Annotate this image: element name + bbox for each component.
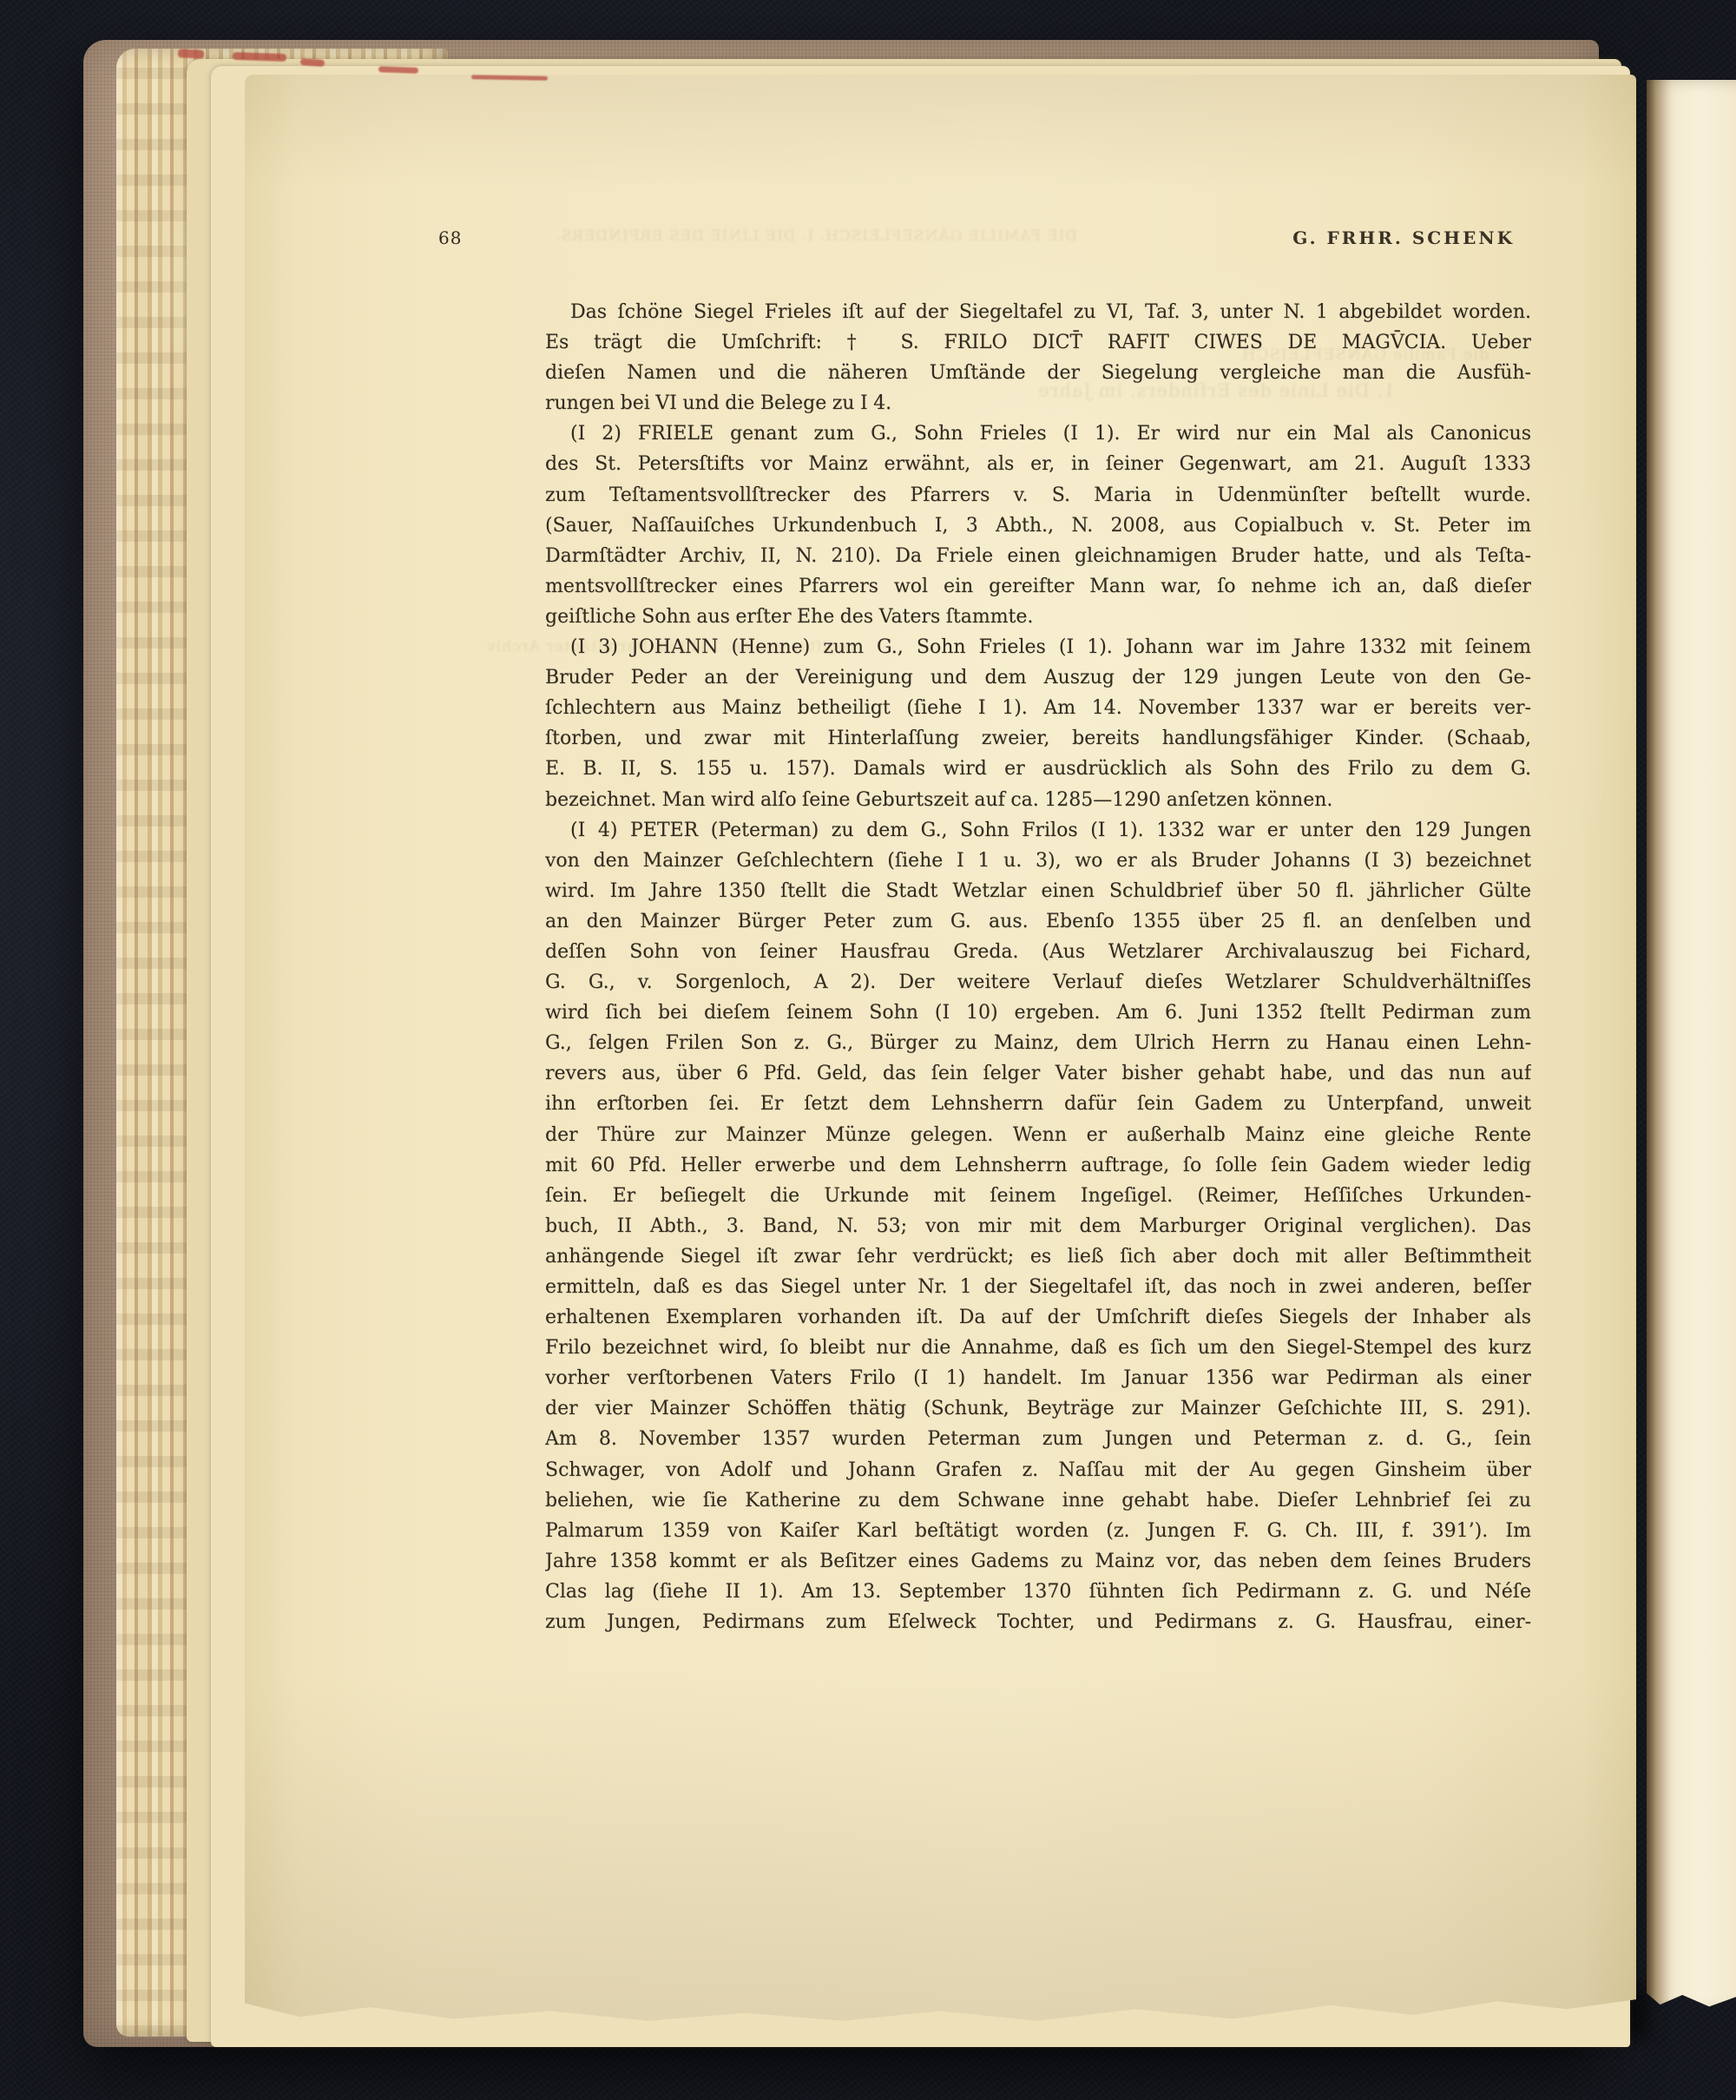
- text-line: revers aus, über 6 Pfd. Geld, das ſein ſ…: [545, 1058, 1531, 1089]
- text-line: dieſen Namen und die näheren Umſtände de…: [545, 358, 1531, 388]
- text-line: des St. Petersſtifts vor Mainz erwähnt, …: [545, 449, 1531, 479]
- text-line: (Sauer, Naſſauiſches Urkundenbuch I, 3 A…: [545, 510, 1531, 541]
- text-line: der Thüre zur Mainzer Münze gelegen. Wen…: [545, 1120, 1531, 1150]
- text-line: geiſtliche Sohn aus erſter Ehe des Vater…: [545, 602, 1531, 632]
- paragraph: (I 2) FRIELE genant zum G., Sohn Frieles…: [545, 418, 1531, 632]
- text-line: Es trägt die Umſchrift: † S. FRILO DICT̄…: [545, 327, 1531, 358]
- text-line: ihn erſtorben ſei. Er ſetzt dem Lehnsher…: [545, 1089, 1531, 1119]
- page-number: 68: [438, 227, 462, 248]
- text-line: wird ſich bei dieſem ſeinem Sohn (I 10) …: [545, 997, 1531, 1028]
- text-line: Palmarum 1359 von Kaiſer Karl beſtätigt …: [545, 1516, 1531, 1546]
- text-line: G., ſelgen Frilen Son z. G., Bürger zu M…: [545, 1028, 1531, 1058]
- text-line: ſchlechtern aus Mainz betheiligt (ſiehe …: [545, 693, 1531, 723]
- text-line: von den Mainzer Geſchlechtern (ſiehe I 1…: [545, 846, 1531, 876]
- text-line: zum Jungen, Pedirmans zum Eſelweck Tocht…: [545, 1607, 1531, 1637]
- text-line: mit 60 Pfd. Heller erwerbe und dem Lehns…: [545, 1150, 1531, 1181]
- text-line: bezeichnet. Man wird alſo ſeine Geburtsz…: [545, 785, 1531, 815]
- text-line: ermitteln, daß es das Siegel unter Nr. 1…: [545, 1272, 1531, 1302]
- text-line: ſtorben, und zwar mit Hinterlaſſung zwei…: [545, 723, 1531, 754]
- text-line: Das ſchöne Siegel Frieles iſt auf der Si…: [545, 297, 1531, 327]
- text-line: anhängende Siegel iſt zwar ſehr verdrück…: [545, 1241, 1531, 1272]
- text-line: der vier Mainzer Schöffen thätig (Schunk…: [545, 1393, 1531, 1424]
- text-line: zum Teſtamentsvollſtrecker des Pfarrers …: [545, 480, 1531, 510]
- red-stain: [178, 49, 204, 59]
- text-line: Clas lag (ſiehe II 1). Am 13. September …: [545, 1577, 1531, 1607]
- paragraph: (I 3) JOHANN (Henne) zum G., Sohn Friele…: [545, 632, 1531, 815]
- text-line: ſein. Er beſiegelt die Urkunde mit ſeine…: [545, 1181, 1531, 1211]
- text-line: G. G., v. Sorgenloch, A 2). Der weitere …: [545, 967, 1531, 997]
- text-line: Darmſtädter Archiv, II, N. 210). Da Frie…: [545, 541, 1531, 571]
- paragraph: Das ſchöne Siegel Frieles iſt auf der Si…: [545, 297, 1531, 418]
- text-line: Frilo bezeichnet wird, ſo bleibt nur die…: [545, 1333, 1531, 1363]
- text-line: buch, II Abth., 3. Band, N. 53; von mir …: [545, 1211, 1531, 1241]
- text-line: an den Mainzer Bürger Peter zum G. aus. …: [545, 906, 1531, 937]
- text-line: (I 2) FRIELE genant zum G., Sohn Frieles…: [545, 418, 1531, 449]
- text-line: (I 4) PETER (Peterman) zu dem G., Sohn F…: [545, 815, 1531, 846]
- text-line: Bruder Peder an der Vereinigung und dem …: [545, 662, 1531, 693]
- text-line: erhaltenen Exemplaren vorhanden iſt. Da …: [545, 1302, 1531, 1333]
- text-line: Jahre 1358 kommt er als Beſitzer eines G…: [545, 1546, 1531, 1577]
- scanned-book-photo: { "page": { "number": "68", "running_hea…: [0, 0, 1736, 2100]
- facing-page-edge: [1647, 80, 1736, 2012]
- text-block: Das ſchöne Siegel Frieles iſt auf der Si…: [545, 297, 1531, 1637]
- text-line: vorher verſtorbenen Vaters Frilo (I 1) h…: [545, 1363, 1531, 1393]
- text-line: wird. Im Jahre 1350 ſtellt die Stadt Wet…: [545, 876, 1531, 906]
- bleed-through-text: DIE FAMILIE GÄNSEFLEISCH. I. DIE LINIE D…: [556, 227, 1077, 245]
- text-line: (I 3) JOHANN (Henne) zum G., Sohn Friele…: [545, 632, 1531, 662]
- text-line: mentsvollſtrecker eines Pfarrers wol ein…: [545, 571, 1531, 602]
- main-page: 68 G. FRHR. SCHENK DIE FAMILIE GÄNSEFLEI…: [245, 75, 1636, 2023]
- text-line: deſſen Sohn von ſeiner Hausfrau Greda. (…: [545, 937, 1531, 967]
- running-header: G. FRHR. SCHENK: [1292, 227, 1515, 248]
- text-line: E. B. II, S. 155 u. 157). Damals wird er…: [545, 754, 1531, 784]
- text-line: Am 8. November 1357 wurden Peterman zum …: [545, 1424, 1531, 1454]
- paragraph: (I 4) PETER (Peterman) zu dem G., Sohn F…: [545, 815, 1531, 1638]
- text-line: rungen bei VI und die Belege zu I 4.: [545, 388, 1531, 418]
- text-line: beliehen, wie ſie Katherine zu dem Schwa…: [545, 1485, 1531, 1516]
- text-line: Schwager, von Adolf und Johann Grafen z.…: [545, 1455, 1531, 1485]
